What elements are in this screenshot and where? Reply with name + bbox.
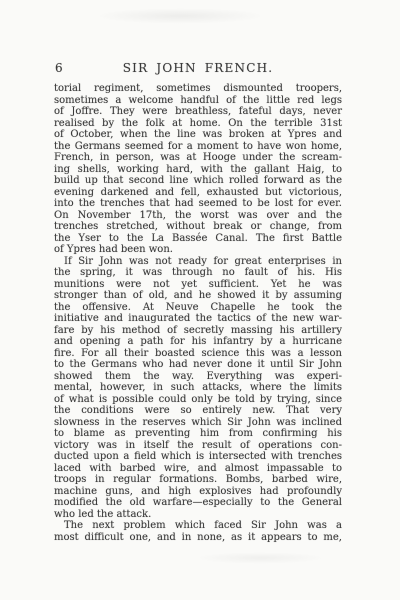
scan-smudge bbox=[195, 552, 325, 564]
text-line: troops in regular formations. Bombs, bar… bbox=[54, 474, 342, 486]
paragraph: The next problem which faced Sir John wa… bbox=[54, 520, 342, 543]
text-line: stronger than of old, and he showed it b… bbox=[54, 290, 342, 302]
text-line: to blame as preventing him from confirmi… bbox=[54, 428, 342, 440]
text-line: realised by the folk at home. On the ter… bbox=[54, 118, 342, 130]
text-line: to the Germans who had never done it unt… bbox=[54, 359, 342, 371]
text-line: sometimes a welcome handful of the littl… bbox=[54, 95, 342, 107]
text-line: the Germans seemed for a moment to have … bbox=[54, 141, 342, 153]
text-line: ing shells, working hard, with the galla… bbox=[54, 164, 342, 176]
text-line: the offensive. At Neuve Chapelle he took… bbox=[54, 302, 342, 314]
text-line: of Ypres had been won. bbox=[54, 244, 342, 256]
text-line: slowness in the reserves which Sir John … bbox=[54, 417, 342, 429]
text-line: showed them the way. Everything was expe… bbox=[54, 371, 342, 383]
text-line: trenches stretched, without break or cha… bbox=[54, 221, 342, 233]
paragraph: torial regiment, sometimes dismounted tr… bbox=[54, 83, 342, 256]
text-line: victory was in itself the result of oper… bbox=[54, 440, 342, 452]
text-line: who led the attack. bbox=[54, 509, 342, 521]
text-line: most difficult one, and in none, as it a… bbox=[54, 532, 342, 544]
page-header: 6 SIR JOHN FRENCH. bbox=[54, 61, 342, 75]
text-line: into the trenches that had seemed to be … bbox=[54, 198, 342, 210]
text-line: If Sir John was not ready for great ente… bbox=[54, 256, 342, 268]
text-line: torial regiment, sometimes dismounted tr… bbox=[54, 83, 342, 95]
book-page: 6 SIR JOHN FRENCH. torial regiment, some… bbox=[0, 0, 400, 600]
text-line: laced with barbed wire, and almost impas… bbox=[54, 463, 342, 475]
text-line: the conditions were so entirely new. Tha… bbox=[54, 405, 342, 417]
page-body: torial regiment, sometimes dismounted tr… bbox=[54, 83, 342, 543]
text-line: of October, when the line was broken at … bbox=[54, 129, 342, 141]
text-line: The next problem which faced Sir John wa… bbox=[54, 520, 342, 532]
text-line: of what is possible could only be told b… bbox=[54, 394, 342, 406]
text-line: of Joffre. They were breathless, fateful… bbox=[54, 106, 342, 118]
text-line: ducted upon a field which is intersected… bbox=[54, 451, 342, 463]
text-line: and opening a path for his infantry by a… bbox=[54, 336, 342, 348]
scan-smudge bbox=[95, 8, 265, 24]
text-line: French, in person, was at Hooge under th… bbox=[54, 152, 342, 164]
text-line: build up that second line which rolled f… bbox=[54, 175, 342, 187]
text-line: the Yser to the La Bassée Canal. The fir… bbox=[54, 233, 342, 245]
text-line: mental, however, in such attacks, where … bbox=[54, 382, 342, 394]
text-line: fire. For all their boasted science this… bbox=[54, 348, 342, 360]
text-line: modified the old warfare—especially to t… bbox=[54, 497, 342, 509]
running-title: SIR JOHN FRENCH. bbox=[54, 61, 342, 75]
text-line: initiative and inaugurated the tactics o… bbox=[54, 313, 342, 325]
text-line: the spring, it was through no fault of h… bbox=[54, 267, 342, 279]
paragraph: If Sir John was not ready for great ente… bbox=[54, 256, 342, 521]
text-line: On November 17th, the worst was over and… bbox=[54, 210, 342, 222]
text-line: evening darkened and fell, exhausted but… bbox=[54, 187, 342, 199]
text-line: munitions were not yet sufficient. Yet h… bbox=[54, 279, 342, 291]
text-line: fare by his method of secretly massing h… bbox=[54, 325, 342, 337]
text-line: machine guns, and high explosives had pr… bbox=[54, 486, 342, 498]
